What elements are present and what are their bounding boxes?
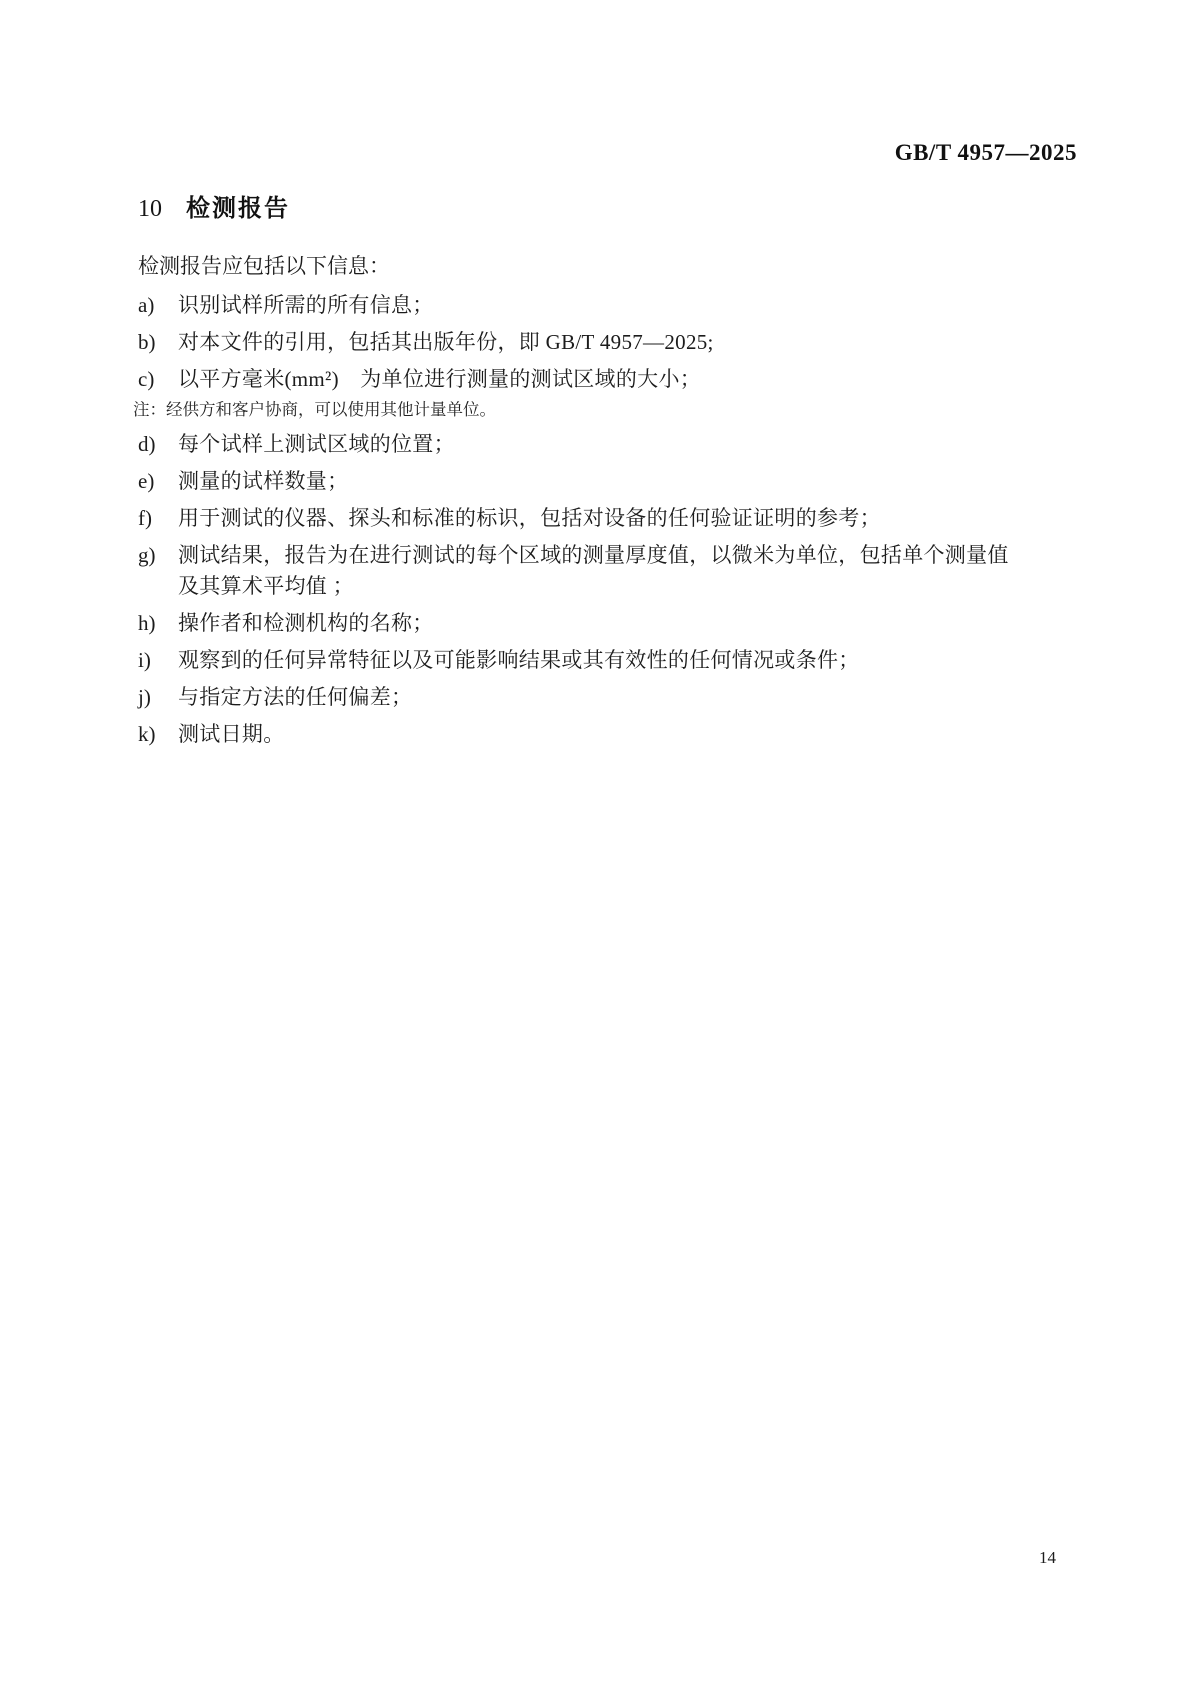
list-item-text: 测量的试样数量； [178, 466, 1023, 497]
note: 注：经供方和客户协商，可以使用其他计量单位。 [133, 397, 1023, 423]
list-item-text: 操作者和检测机构的名称； [178, 608, 1023, 639]
section-heading: 10 检测报告 [138, 188, 290, 223]
list-item-label: e) [138, 466, 178, 497]
list-item-k: k) 测试日期。 [138, 719, 1023, 750]
standard-number: GB/T 4957—2025 [895, 140, 1077, 165]
section-title: 检测报告 [186, 188, 290, 223]
list-item-j: j) 与指定方法的任何偏差； [138, 682, 1023, 713]
document-page: GB/T 4957—2025 10 检测报告 检测报告应包括以下信息： a) 识… [0, 0, 1190, 1684]
list-item-b: b) 对本文件的引用，包括其出版年份，即 GB/T 4957—2025; [138, 327, 1023, 358]
list-item-text: 识别试样所需的所有信息； [178, 290, 1023, 321]
list-item-label: h) [138, 608, 178, 639]
list-item-text: 每个试样上测试区域的位置； [178, 429, 1023, 460]
list-item-label: b) [138, 327, 178, 358]
page-number: 14 [1016, 1548, 1056, 1568]
section-number: 10 [138, 196, 162, 223]
list-item-label: c) [138, 364, 178, 395]
list-item-label: k) [138, 719, 178, 750]
list-item-d: d) 每个试样上测试区域的位置； [138, 429, 1023, 460]
list-item-text: 对本文件的引用，包括其出版年份，即 GB/T 4957—2025; [178, 327, 1023, 358]
intro-paragraph: 检测报告应包括以下信息： [138, 250, 1023, 282]
list-item-label: j) [138, 682, 178, 713]
list-item-label: i) [138, 645, 178, 676]
list-item-text: 以平方毫米(mm²) 为单位进行测量的测试区域的大小； [178, 364, 1023, 395]
page-header: GB/T 4957—2025 [0, 140, 1077, 166]
list-item-text: 测试日期。 [178, 719, 1023, 750]
list-item-c: c) 以平方毫米(mm²) 为单位进行测量的测试区域的大小； [138, 364, 1023, 395]
list-item-text: 与指定方法的任何偏差； [178, 682, 1023, 713]
list-item-label: g) [138, 540, 178, 571]
list-item-text: 测试结果，报告为在进行测试的每个区域的测量厚度值，以微米为单位，包括单个测量值及… [178, 540, 1023, 602]
list-item-i: i) 观察到的任何异常特征以及可能影响结果或其有效性的任何情况或条件； [138, 645, 1023, 676]
list-item-g: g) 测试结果，报告为在进行测试的每个区域的测量厚度值，以微米为单位，包括单个测… [138, 540, 1023, 602]
list-item-label: a) [138, 290, 178, 321]
section-body: 检测报告应包括以下信息： a) 识别试样所需的所有信息； b) 对本文件的引用，… [138, 250, 1023, 750]
list-item-h: h) 操作者和检测机构的名称； [138, 608, 1023, 639]
list-item-label: f) [138, 503, 178, 534]
list-item-text: 观察到的任何异常特征以及可能影响结果或其有效性的任何情况或条件； [178, 645, 1023, 676]
list-item-e: e) 测量的试样数量； [138, 466, 1023, 497]
list-item-text: 用于测试的仪器、探头和标准的标识，包括对设备的任何验证证明的参考； [178, 503, 1023, 534]
list-item-a: a) 识别试样所需的所有信息； [138, 290, 1023, 321]
list-item-f: f) 用于测试的仪器、探头和标准的标识，包括对设备的任何验证证明的参考； [138, 503, 1023, 534]
list-item-label: d) [138, 429, 178, 460]
